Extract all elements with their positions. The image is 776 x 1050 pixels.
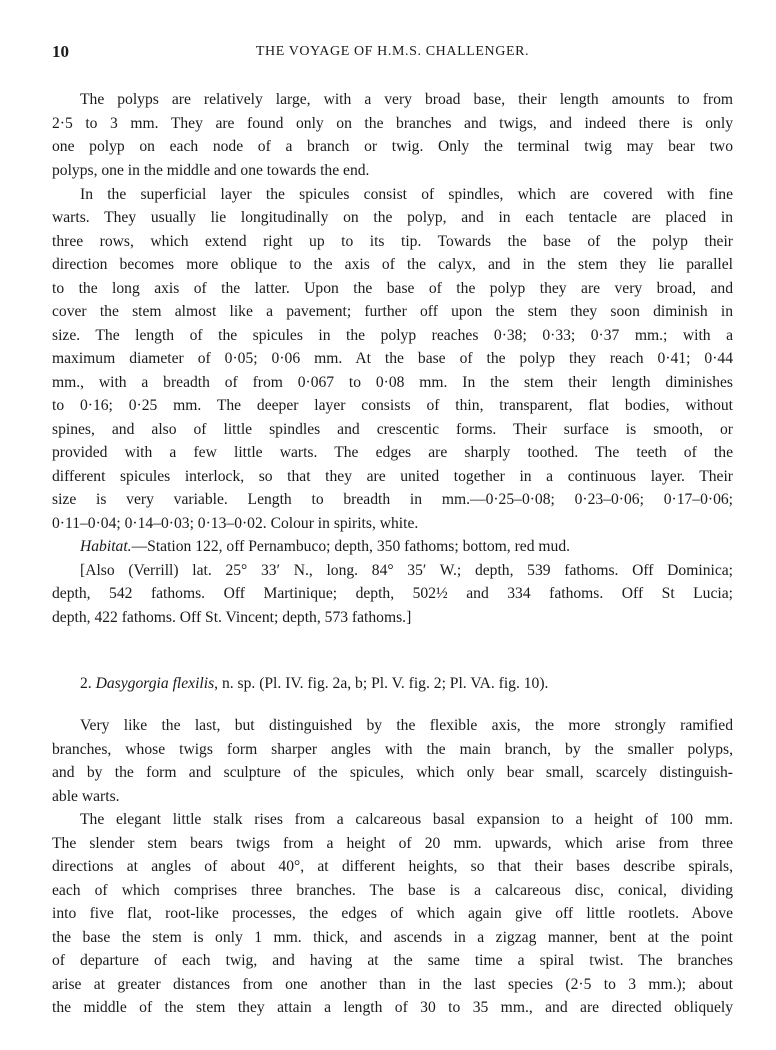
text-line: depth, 542 fathoms. Off Martinique; dept…: [52, 582, 733, 605]
text-line: The polyps are relatively large, with a …: [52, 88, 733, 111]
running-title: THE VOYAGE OF H.M.S. CHALLENGER.: [52, 44, 733, 60]
page-header: 10 THE VOYAGE OF H.M.S. CHALLENGER.: [52, 42, 733, 66]
species-name: Dasygorgia flexilis: [96, 675, 215, 692]
text-line: to 0·16; 0·25 mm. The deeper layer consi…: [52, 394, 733, 417]
habitat-line: Habitat.—Station 122, off Pernambuco; de…: [52, 535, 733, 558]
text-line: mm., with a breadth of from 0·067 to 0·0…: [52, 371, 733, 394]
text-line: size. The length of the spicules in the …: [52, 324, 733, 347]
text-line: 2·5 to 3 mm. They are found only on the …: [52, 112, 733, 135]
text-line: provided with a few little warts. The ed…: [52, 441, 733, 464]
text-line: size is very variable. Length to breadth…: [52, 488, 733, 511]
text-line: depth, 422 fathoms. Off St. Vincent; dep…: [52, 606, 733, 629]
text-line: The slender stem bears twigs from a heig…: [52, 832, 733, 855]
text-line: the middle of the stem they attain a len…: [52, 996, 733, 1019]
text-line: to the long axis of the latter. Upon the…: [52, 277, 733, 300]
species-number: 2.: [80, 675, 92, 692]
text-line: Very like the last, but distinguished by…: [52, 714, 733, 737]
text-line: into five flat, root-like processes, the…: [52, 902, 733, 925]
text-line: cover the stem almost like a pavement; f…: [52, 300, 733, 323]
text-line: of departure of each twig, and having at…: [52, 949, 733, 972]
text-line: spines, and also of little spindles and …: [52, 418, 733, 441]
text-line: branches, whose twigs form sharper angle…: [52, 738, 733, 761]
species-heading: 2. Dasygorgia flexilis, n. sp. (Pl. IV. …: [52, 672, 733, 695]
text-line: maximum diameter of 0·05; 0·06 mm. At th…: [52, 347, 733, 370]
text-line: The elegant little stalk rises from a ca…: [52, 808, 733, 831]
habitat-label: Habitat.: [80, 538, 132, 555]
text-line: different spicules interlock, so that th…: [52, 465, 733, 488]
text-line: each of which comprises three branches. …: [52, 879, 733, 902]
text-line: one polyp on each node of a branch or tw…: [52, 135, 733, 158]
text-line: 0·11–0·04; 0·14–0·03; 0·13–0·02. Colour …: [52, 512, 733, 535]
text-line: [Also (Verrill) lat. 25° 33′ N., long. 8…: [52, 559, 733, 582]
text-line: the base the stem is only 1 mm. thick, a…: [52, 926, 733, 949]
text-line: direction becomes more oblique to the ax…: [52, 253, 733, 276]
text-line: warts. They usually lie longitudinally o…: [52, 206, 733, 229]
habitat-text: —Station 122, off Pernambuco; depth, 350…: [132, 538, 570, 555]
text-line: directions at angles of about 40°, at di…: [52, 855, 733, 878]
species-references: , n. sp. (Pl. IV. fig. 2a, b; Pl. V. fig…: [214, 675, 548, 692]
text-line: able warts.: [52, 785, 733, 808]
text-line: arise at greater distances from one anot…: [52, 973, 733, 996]
text-line: three rows, which extend right up to its…: [52, 230, 733, 253]
text-line: polyps, one in the middle and one toward…: [52, 159, 733, 182]
text-line: In the superficial layer the spicules co…: [52, 183, 733, 206]
text-line: and by the form and sculpture of the spi…: [52, 761, 733, 784]
